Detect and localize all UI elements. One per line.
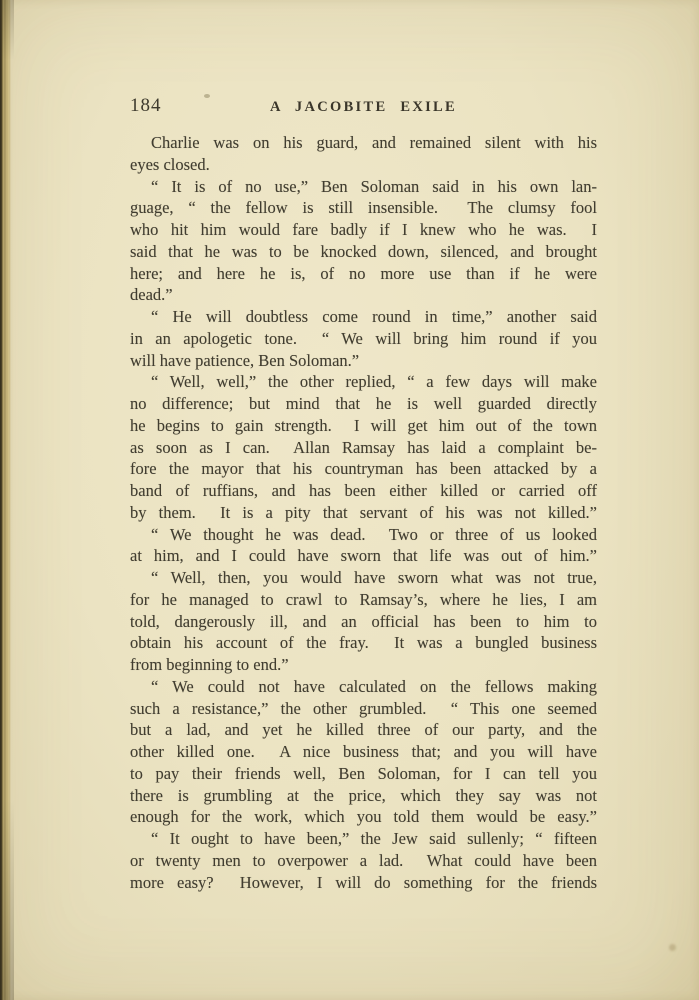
text-line: enough for the work, which you told them… (130, 806, 597, 828)
running-header-title: A JACOBITE EXILE (130, 99, 597, 116)
text-line: obtain his account of the fray. It was a… (130, 632, 597, 654)
text-line: as soon as I can. Allan Ramsay has laid … (130, 437, 597, 459)
text-line: by them. It is a pity that servant of hi… (130, 502, 597, 524)
paragraph: Charlie was on his guard, and remained s… (130, 132, 597, 176)
text-line: who hit him would fare badly if I knew w… (130, 219, 597, 241)
page-header: 184 A JACOBITE EXILE (130, 95, 597, 121)
paragraph: “ It is of no use,” Ben Soloman said in … (130, 176, 597, 307)
text-line: no difference; but mind that he is well … (130, 393, 597, 415)
text-line: will have patience, Ben Soloman.” (130, 350, 597, 372)
text-line: said that he was to be knocked down, sil… (130, 241, 597, 263)
text-line: “ We could not have calculated on the fe… (130, 676, 597, 698)
paragraph: “ He will doubtless come round in time,”… (130, 306, 597, 371)
text-line: “ He will doubtless come round in time,”… (130, 306, 597, 328)
book-binding-edge (0, 0, 14, 1000)
text-line: in an apologetic tone. “ We will bring h… (130, 328, 597, 350)
text-line: he begins to gain strength. I will get h… (130, 415, 597, 437)
text-line: other killed one. A nice business that; … (130, 741, 597, 763)
text-line: told, dangerously ill, and an official h… (130, 611, 597, 633)
text-line: here; and here he is, of no more use tha… (130, 263, 597, 285)
text-line: fore the mayor that his countryman has b… (130, 458, 597, 480)
text-line: at him, and I could have sworn that life… (130, 545, 597, 567)
text-line: band of ruffians, and has been either ki… (130, 480, 597, 502)
paragraph: “ We could not have calculated on the fe… (130, 676, 597, 828)
paragraph: “ Well, then, you would have sworn what … (130, 567, 597, 676)
text-line: for he managed to crawl to Ramsay’s, whe… (130, 589, 597, 611)
text-line: dead.” (130, 284, 597, 306)
text-line: from beginning to end.” (130, 654, 597, 676)
paragraph: “ It ought to have been,” the Jew said s… (130, 828, 597, 893)
text-line: there is grumbling at the price, which t… (130, 785, 597, 807)
paragraph: “ We thought he was dead. Two or three o… (130, 524, 597, 568)
text-line: to pay their friends well, Ben Soloman, … (130, 763, 597, 785)
scan-blemish (669, 944, 676, 951)
text-line: guage, “ the fellow is still insensible.… (130, 197, 597, 219)
text-line: such a resistance,” the other grumbled. … (130, 698, 597, 720)
text-line: or twenty men to overpower a lad. What c… (130, 850, 597, 872)
text-line: “ It ought to have been,” the Jew said s… (130, 828, 597, 850)
page-text-block: Charlie was on his guard, and remained s… (130, 132, 597, 893)
text-line: “ We thought he was dead. Two or three o… (130, 524, 597, 546)
paragraph: “ Well, well,” the other replied, “ a fe… (130, 371, 597, 523)
text-line: “ Well, then, you would have sworn what … (130, 567, 597, 589)
text-line: “ It is of no use,” Ben Soloman said in … (130, 176, 597, 198)
text-line: but a lad, and yet he killed three of ou… (130, 719, 597, 741)
text-line: “ Well, well,” the other replied, “ a fe… (130, 371, 597, 393)
text-line: more easy? However, I will do something … (130, 872, 597, 894)
text-line: eyes closed. (130, 154, 597, 176)
book-page: 184 A JACOBITE EXILE Charlie was on his … (0, 0, 699, 1000)
text-line: Charlie was on his guard, and remained s… (130, 132, 597, 154)
